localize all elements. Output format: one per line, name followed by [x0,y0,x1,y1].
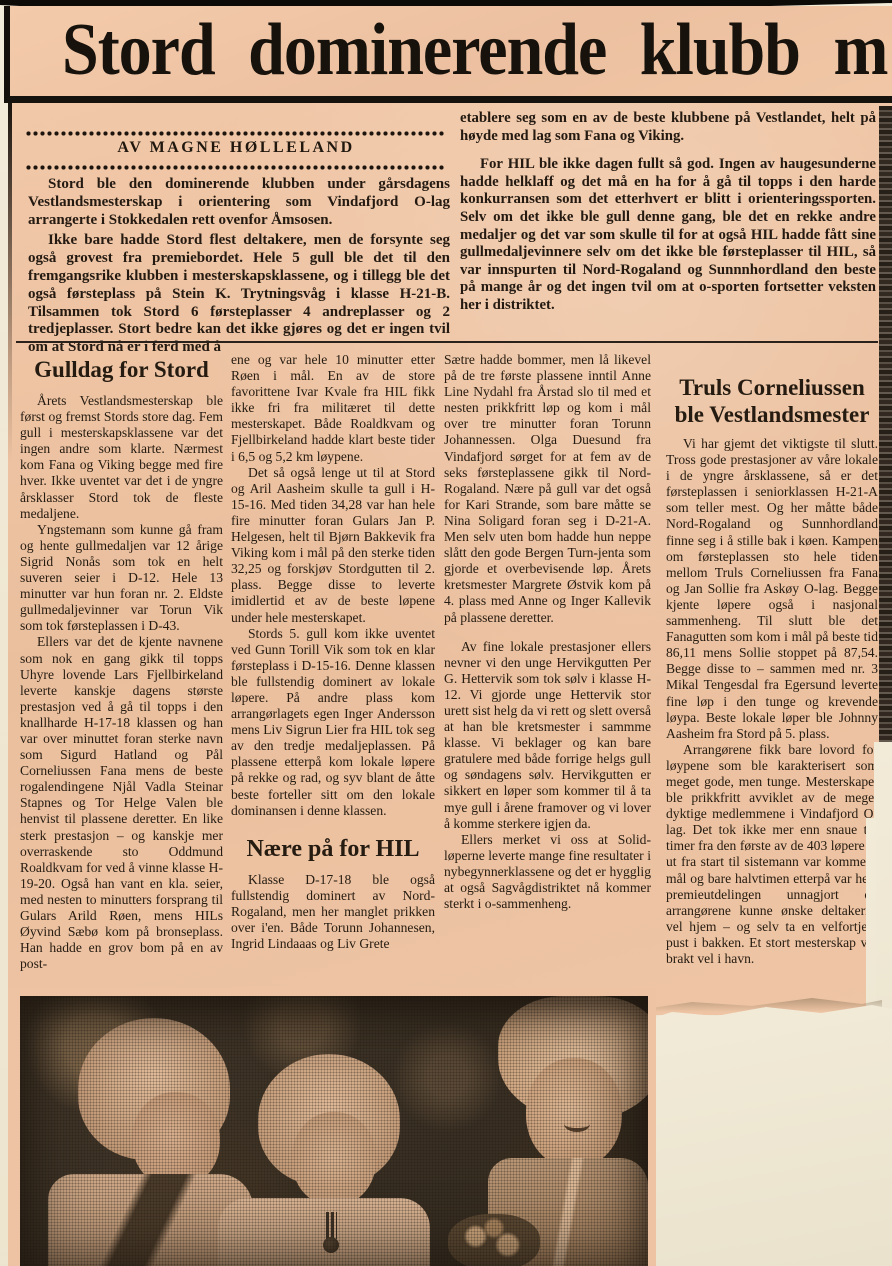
clipping-left-edge [8,103,12,463]
backing-paper [646,1004,892,1266]
article-paragraph: Ellers merket vi oss at Solid-løperne le… [444,832,651,912]
intro-paragraph: etablere seg som en av de beste klubbene… [460,110,876,145]
article-paragraph: Årets Vestlandsmesterskap ble først og f… [20,393,223,522]
body-column-2: ene og var hele 10 minutter etter Røen i… [231,352,435,998]
headline-clipping: Stord dominerende klubb m [4,6,892,103]
section-divider [16,341,878,343]
body-column-3: Sætre hadde bommer, men lå likevel på de… [444,352,651,998]
intro-right-column: etablere seg som en av de beste klubbene… [460,110,876,315]
three-girls-with-medals-photo [20,996,648,1266]
article-paragraph: ene og var hele 10 minutter etter Røen i… [231,352,435,465]
article-paragraph: Klasse D-17-18 ble også fullstendig domi… [231,872,435,952]
article-paragraph: Det så også lenge ut til at Stord og Ari… [231,465,435,626]
adjacent-photo-strip [879,106,892,746]
photo-vignette [20,996,648,1266]
intro-paragraph: Ikke bare hadde Stord flest deltakere, m… [28,232,450,357]
article-paragraph: Sætre hadde bommer, men lå likevel på de… [444,352,651,626]
intro-left-column: Stord ble den dominerende klubben under … [28,176,450,357]
dotted-rule-bottom [26,165,446,170]
intro-paragraph: For HIL ble ikke dagen fullt så god. Ing… [460,156,876,314]
article-paragraph: Arrangørene fikk bare lovord for løypene… [666,742,878,967]
article-paragraph: Ellers var det de kjente navnene som nok… [20,634,223,972]
byline: AV MAGNE HØLLELAND [26,139,446,157]
body-column-1: Gulldag for Stord Årets Vestlandsmesters… [20,352,223,998]
newspaper-clipping-page: Stord dominerende klubb m AV MAGNE HØLLE… [0,0,892,1266]
subheading: Nære på for HIL [231,836,435,863]
column-heading: Truls Corneliussen ble Vestlandsmester [666,374,878,428]
article-paragraph: Yngstemann som kunne gå fram og hente gu… [20,522,223,635]
dotted-rule-top [26,131,446,136]
column-heading: Gulldag for Stord [20,356,223,383]
headline: Stord dominerende klubb m [62,8,887,93]
body-column-4: Truls Corneliussen ble Vestlandsmester V… [666,352,878,998]
intro-paragraph: Stord ble den dominerende klubben under … [28,176,450,229]
article-paragraph: Vi har gjemt det viktigste til slutt. Tr… [666,436,878,742]
article-paragraph: Av fine lokale prestasjoner ellers nevne… [444,639,651,832]
article-paragraph: Stords 5. gull kom ikke uventet ved Gunn… [231,626,435,819]
